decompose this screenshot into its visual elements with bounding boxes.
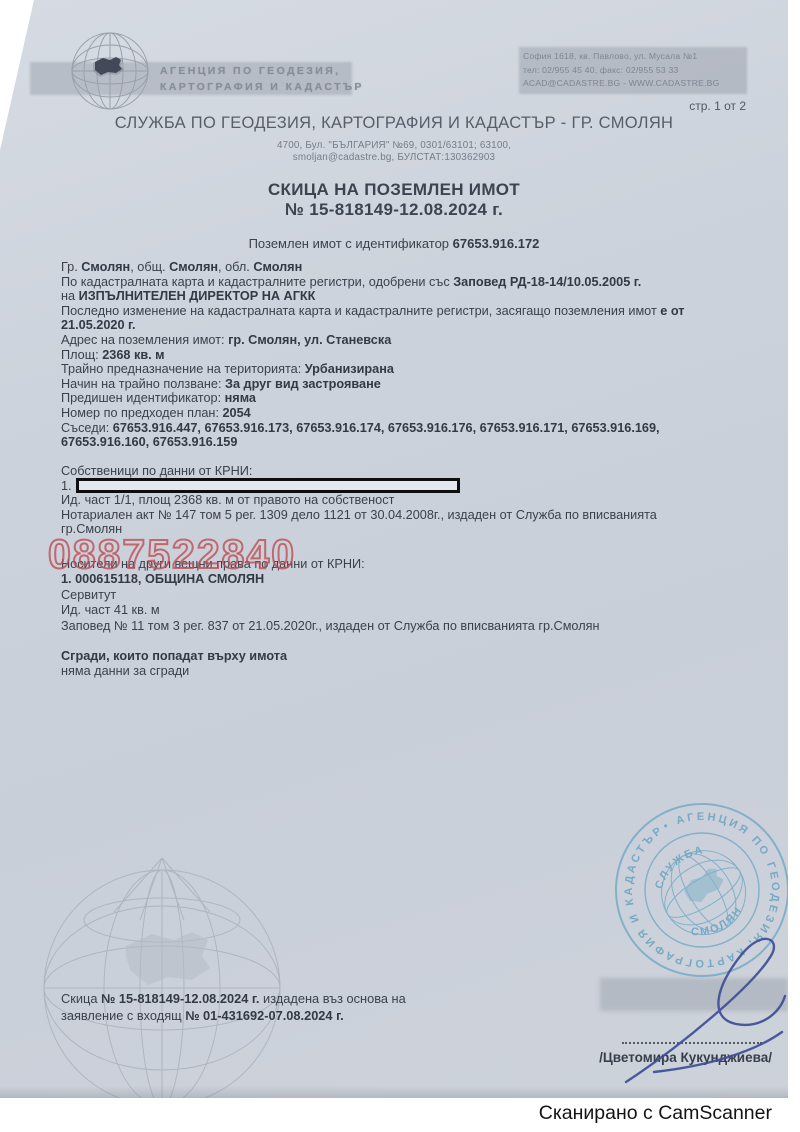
camscanner-strip: Сканирано с CamScanner [0,1098,800,1132]
property-line: Съседи: 67653.916.447, 67653.916.173, 67… [61,421,751,436]
globe-logo-icon [66,27,154,115]
page-indicator: стр. 1 от 2 [640,99,746,113]
text-segment: Номер по предходен план: [61,406,223,420]
identifier-line: Поземлен имот с идентификатор 67653.916.… [0,236,788,251]
agency-name: АГЕНЦИЯ ПО ГЕОДЕЗИЯ, КАРТОГРАФИЯ И КАДАС… [160,63,364,95]
owners-section: Собственици по данни от КРНИ: 1. Ид. час… [61,464,751,536]
property-line: Гр. Смолян, общ. Смолян, обл. Смолян [61,260,751,275]
text-segment: За друг вид застрояване [225,377,381,391]
holder-servitude-line: Сервитут [61,588,751,603]
text-segment: Скица [61,991,101,1006]
owners-heading: Собственици по данни от КРНИ: [61,464,751,478]
text-segment: По кадастралната карта и кадастралните р… [61,275,453,289]
text-segment: , обл. [218,260,253,274]
owner-item: 1. [61,478,751,493]
text-segment: Гр. [61,260,81,274]
text-segment: 2054 [223,406,251,420]
owner-deed-line: Нотариален акт № 147 том 5 рег. 1309 дел… [61,508,751,522]
text-segment: издадена въз основа на [260,991,406,1006]
holder-order-line: Заповед № 11 том 3 рег. 837 от 21.05.202… [61,619,751,634]
buildings-heading: Сгради, които попадат върху имота [61,649,751,664]
text-segment: Урбанизирана [305,362,394,376]
buildings-section: Сгради, които попадат върху имота няма д… [61,649,751,679]
text-segment: Смолян [81,260,130,274]
text-segment: Смолян [169,260,218,274]
text-segment: заявление с входящ [61,1008,185,1023]
property-line: Трайно предназначение на територията: Ур… [61,362,751,377]
property-details-block: Гр. Смолян, общ. Смолян, обл. Смолян По … [61,260,751,450]
phone-watermark: 0887522840 [48,531,296,578]
text-segment: няма [225,391,256,405]
text-segment: Предишен идентификатор: [61,391,225,405]
text-segment: Площ: [61,348,102,362]
text-segment: № 01-431692-07.08.2024 г. [185,1008,344,1023]
office-address-line1: 4700, Бул. "БЪЛГАРИЯ" №69, 0301/63101; 6… [0,140,788,151]
property-line: Адрес на поземления имот: гр. Смолян, ул… [61,333,751,348]
text-segment: Последно изменение на кадастралната карт… [61,304,660,318]
owner-number: 1. [61,479,72,493]
identifier-label: Поземлен имот с идентификатор [249,236,453,251]
text-segment: е от [660,304,684,318]
buildings-note: няма данни за сгради [61,664,751,679]
text-segment: Начин на трайно ползване: [61,377,225,391]
property-line: 67653.916.160, 67653.916.159 [61,435,751,450]
text-segment: , общ. [130,260,169,274]
property-line: 21.05.2020 г. [61,318,751,333]
agency-name-line1: АГЕНЦИЯ ПО ГЕОДЕЗИЯ, [160,63,364,79]
document-paper: АГЕНЦИЯ ПО ГЕОДЕЗИЯ, КАРТОГРАФИЯ И КАДАС… [0,0,788,1098]
text-segment: Съседи: [61,421,113,435]
hq-address-block: София 1618, кв. Павлово, ул. Мусала №1 т… [523,50,745,91]
hq-address-line1: София 1618, кв. Павлово, ул. Мусала №1 [523,50,745,64]
text-segment: 67653.916.447, 67653.916.173, 67653.916.… [113,421,660,435]
document-title: СКИЦА НА ПОЗЕМЛЕН ИМОТ [0,180,788,200]
signature-stroke [560,918,788,1096]
text-segment: 2368 кв. м [102,348,164,362]
property-line: По кадастралната карта и кадастралните р… [61,275,751,290]
hq-address-line2: тел: 02/955 45 40, факс: 02/955 53 33 [523,64,745,78]
text-segment: на [61,289,79,303]
property-line: Предишен идентификатор: няма [61,391,751,406]
text-segment: 21.05.2020 г. [61,318,136,332]
hq-address-line3: ACAD@CADASTRE.BG - WWW.CADASTRE.BG [523,77,745,91]
text-segment: Трайно предназначение на територията: [61,362,305,376]
redaction-box [76,478,460,493]
office-title: СЛУЖБА ПО ГЕОДЕЗИЯ, КАРТОГРАФИЯ И КАДАСТ… [0,114,788,133]
camscanner-credit: Сканирано с CamScanner [539,1102,772,1125]
document-number: № 15-818149-12.08.2024 г. [0,200,788,220]
property-line: Номер по предходен план: 2054 [61,406,751,421]
property-line: Площ: 2368 кв. м [61,348,751,363]
text-segment: гр. Смолян, ул. Станевска [228,333,391,347]
property-line: на ИЗПЪЛНИТЕЛЕН ДИРЕКТОР НА АГКК [61,289,751,304]
identifier-value: 67653.916.172 [453,236,540,251]
text-segment: Смолян [253,260,302,274]
property-line: Последно изменение на кадастралната карт… [61,304,751,319]
text-segment: ИЗПЪЛНИТЕЛЕН ДИРЕКТОР НА АГКК [79,289,316,303]
scanned-page-canvas: АГЕНЦИЯ ПО ГЕОДЕЗИЯ, КАРТОГРАФИЯ И КАДАС… [0,0,800,1132]
property-line: Начин на трайно ползване: За друг вид за… [61,377,751,392]
text-segment: 67653.916.160, 67653.916.159 [61,435,237,449]
holder-share-line: Ид. част 41 кв. м [61,603,751,618]
text-segment: Заповед РД-18-14/10.05.2005 г. [453,275,641,289]
agency-name-line2: КАРТОГРАФИЯ И КАДАСТЪР [160,79,364,95]
text-segment: № 15-818149-12.08.2024 г. [101,991,260,1006]
text-segment: Адрес на поземления имот: [61,333,228,347]
globe-watermark-icon [22,850,302,1098]
office-address-line2: smoljan@cadastre.bg, БУЛСТАТ:130362903 [0,152,788,163]
owner-share-line: Ид. част 1/1, площ 2368 кв. м от правото… [61,493,751,507]
